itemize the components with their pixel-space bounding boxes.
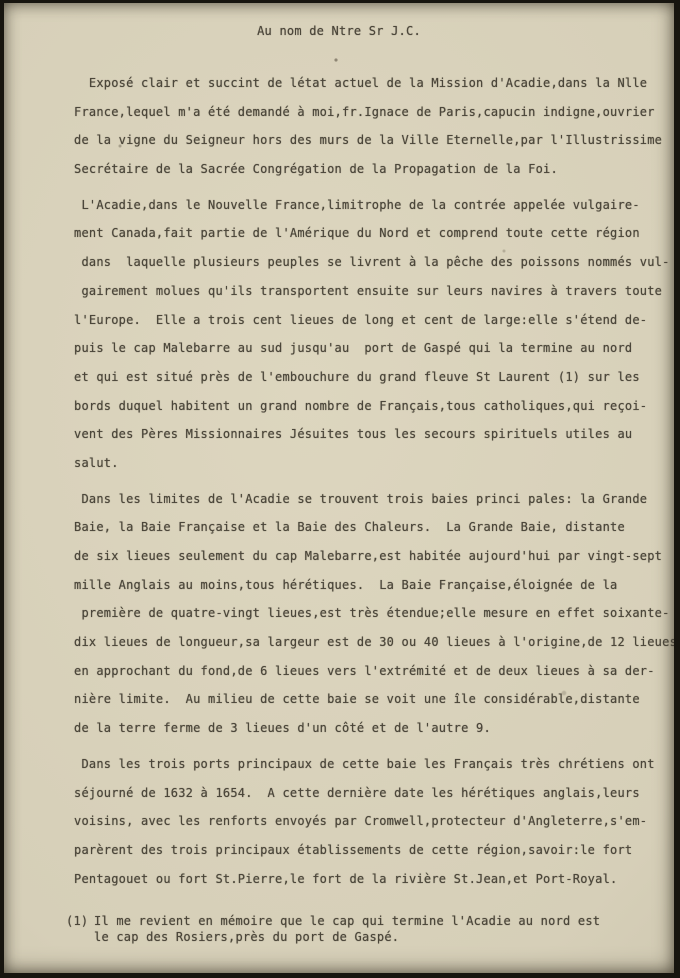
text-line: en approchant du fond,de 6 lieues vers l…	[74, 657, 674, 686]
text-line: de la terre ferme de 3 lieues d'un côté …	[74, 714, 674, 743]
text-line: gairement molues qu'ils transportent ens…	[74, 277, 674, 306]
paragraph: Exposé clair et succint de létat actuel …	[74, 69, 674, 184]
footnote-line: le cap des Rosiers,près du port de Gaspé…	[94, 930, 600, 946]
text-line: première de quatre-vingt lieues,est très…	[74, 599, 674, 628]
text-line: vent des Pères Missionnaires Jésuites to…	[74, 420, 674, 449]
document-title: Au nom de Ntre Sr J.C.	[4, 24, 674, 38]
text-line: nière limite. Au milieu de cette baie se…	[74, 685, 674, 714]
text-line: parèrent des trois principaux établissem…	[74, 836, 674, 865]
text-line: de la vigne du Seigneur hors des murs de…	[74, 126, 674, 155]
text-line: de six lieues seulement du cap Malebarre…	[74, 542, 674, 571]
typewritten-document-page: Au nom de Ntre Sr J.C. Exposé clair et s…	[0, 0, 680, 978]
text-line: puis le cap Malebarre au sud jusqu'au po…	[74, 334, 674, 363]
text-line: salut.	[74, 449, 674, 478]
footnote: (1) Il me revient en mémoire que le cap …	[66, 914, 646, 945]
text-line: Baie, la Baie Française et la Baie des C…	[74, 513, 674, 542]
text-line: ment Canada,fait partie de l'Amérique du…	[74, 219, 674, 248]
text-line: Exposé clair et succint de létat actuel …	[74, 69, 674, 98]
text-line: Pentagouet ou fort St.Pierre,le fort de …	[74, 865, 674, 894]
footnote-marker: (1)	[66, 914, 94, 945]
text-line: bords duquel habitent un grand nombre de…	[74, 392, 674, 421]
paragraph: Dans les trois ports principaux de cette…	[74, 750, 674, 893]
paragraph: Dans les limites de l'Acadie se trouvent…	[74, 485, 674, 743]
text-line: mille Anglais au moins,tous hérétiques. …	[74, 571, 674, 600]
text-line: dix lieues de longueur,sa largeur est de…	[74, 628, 674, 657]
text-line: Dans les trois ports principaux de cette…	[74, 750, 674, 779]
footnote-line: Il me revient en mémoire que le cap qui …	[94, 914, 600, 930]
text-line: voisins, avec les renforts envoyés par C…	[74, 807, 674, 836]
footnote-text: Il me revient en mémoire que le cap qui …	[94, 914, 600, 945]
paragraph: L'Acadie,dans le Nouvelle France,limitro…	[74, 191, 674, 478]
text-line: l'Europe. Elle a trois cent lieues de lo…	[74, 306, 674, 335]
text-line: Secrétaire de la Sacrée Congrégation de …	[74, 155, 674, 184]
text-line: Dans les limites de l'Acadie se trouvent…	[74, 485, 674, 514]
text-line: L'Acadie,dans le Nouvelle France,limitro…	[74, 191, 674, 220]
document-body: Exposé clair et succint de létat actuel …	[74, 69, 674, 900]
text-line: et qui est situé près de l'embouchure du…	[74, 363, 674, 392]
text-line: séjourné de 1632 à 1654. A cette dernièr…	[74, 779, 674, 808]
text-line: France,lequel m'a été demandé à moi,fr.I…	[74, 98, 674, 127]
text-line: dans laquelle plusieurs peuples se livre…	[74, 248, 674, 277]
